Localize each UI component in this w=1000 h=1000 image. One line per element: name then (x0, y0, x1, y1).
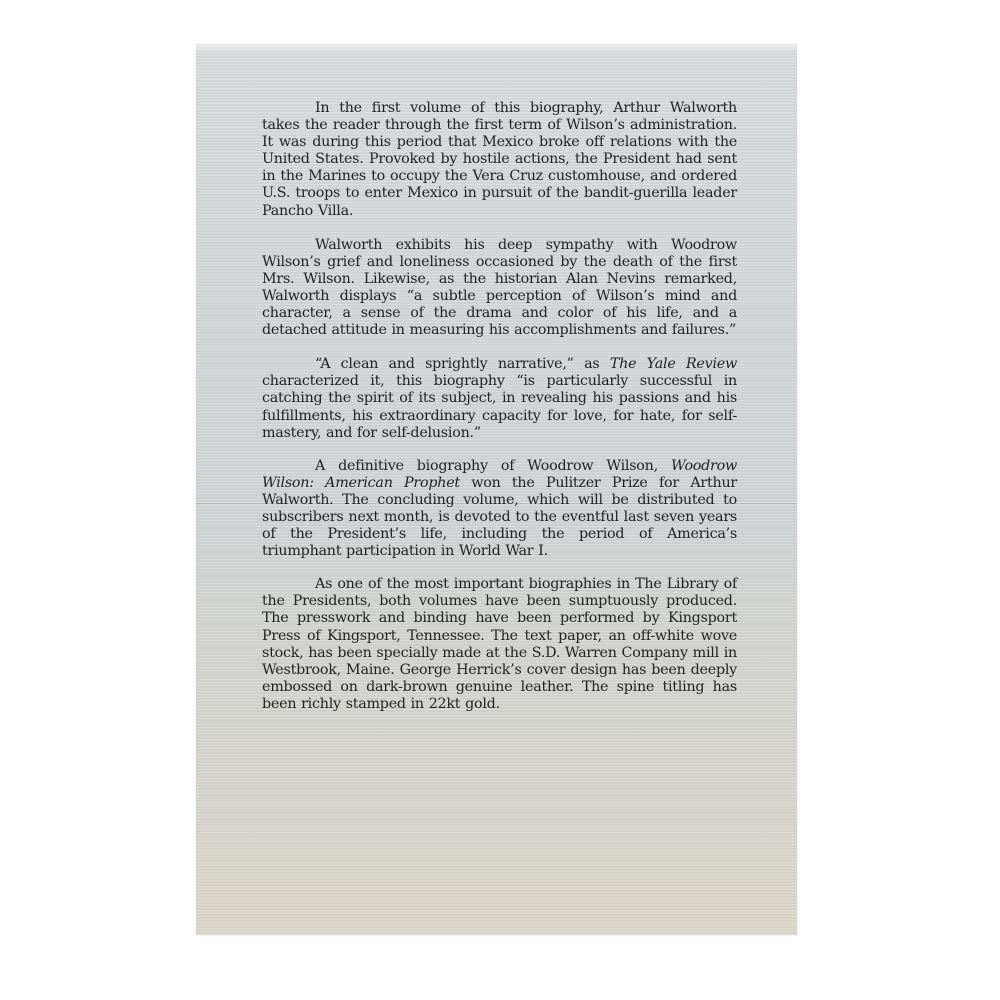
printed-leaflet-page: In the first volume of this biography, A… (196, 44, 797, 935)
paragraph-yale-review-lead: “A clean and sprightly narrative,” as (315, 356, 610, 372)
paragraph-first-volume: In the first volume of this biography, A… (262, 100, 737, 220)
paragraph-pulitzer: A definitive biography of Woodrow Wilson… (262, 458, 737, 561)
paragraph-yale-review: “A clean and sprightly narrative,” as Th… (262, 356, 737, 441)
paragraph-yale-review-rest: characterized it, this biography “is par… (262, 373, 737, 440)
publication-title-yale-review: The Yale Review (610, 356, 737, 372)
body-text: In the first volume of this biography, A… (262, 100, 737, 730)
paragraph-production: As one of the most important biographies… (262, 576, 737, 713)
paragraph-sympathy: Walworth exhibits his deep sympathy with… (262, 237, 737, 340)
paragraph-pulitzer-lead: A definitive biography of Woodrow Wilson… (315, 458, 671, 474)
